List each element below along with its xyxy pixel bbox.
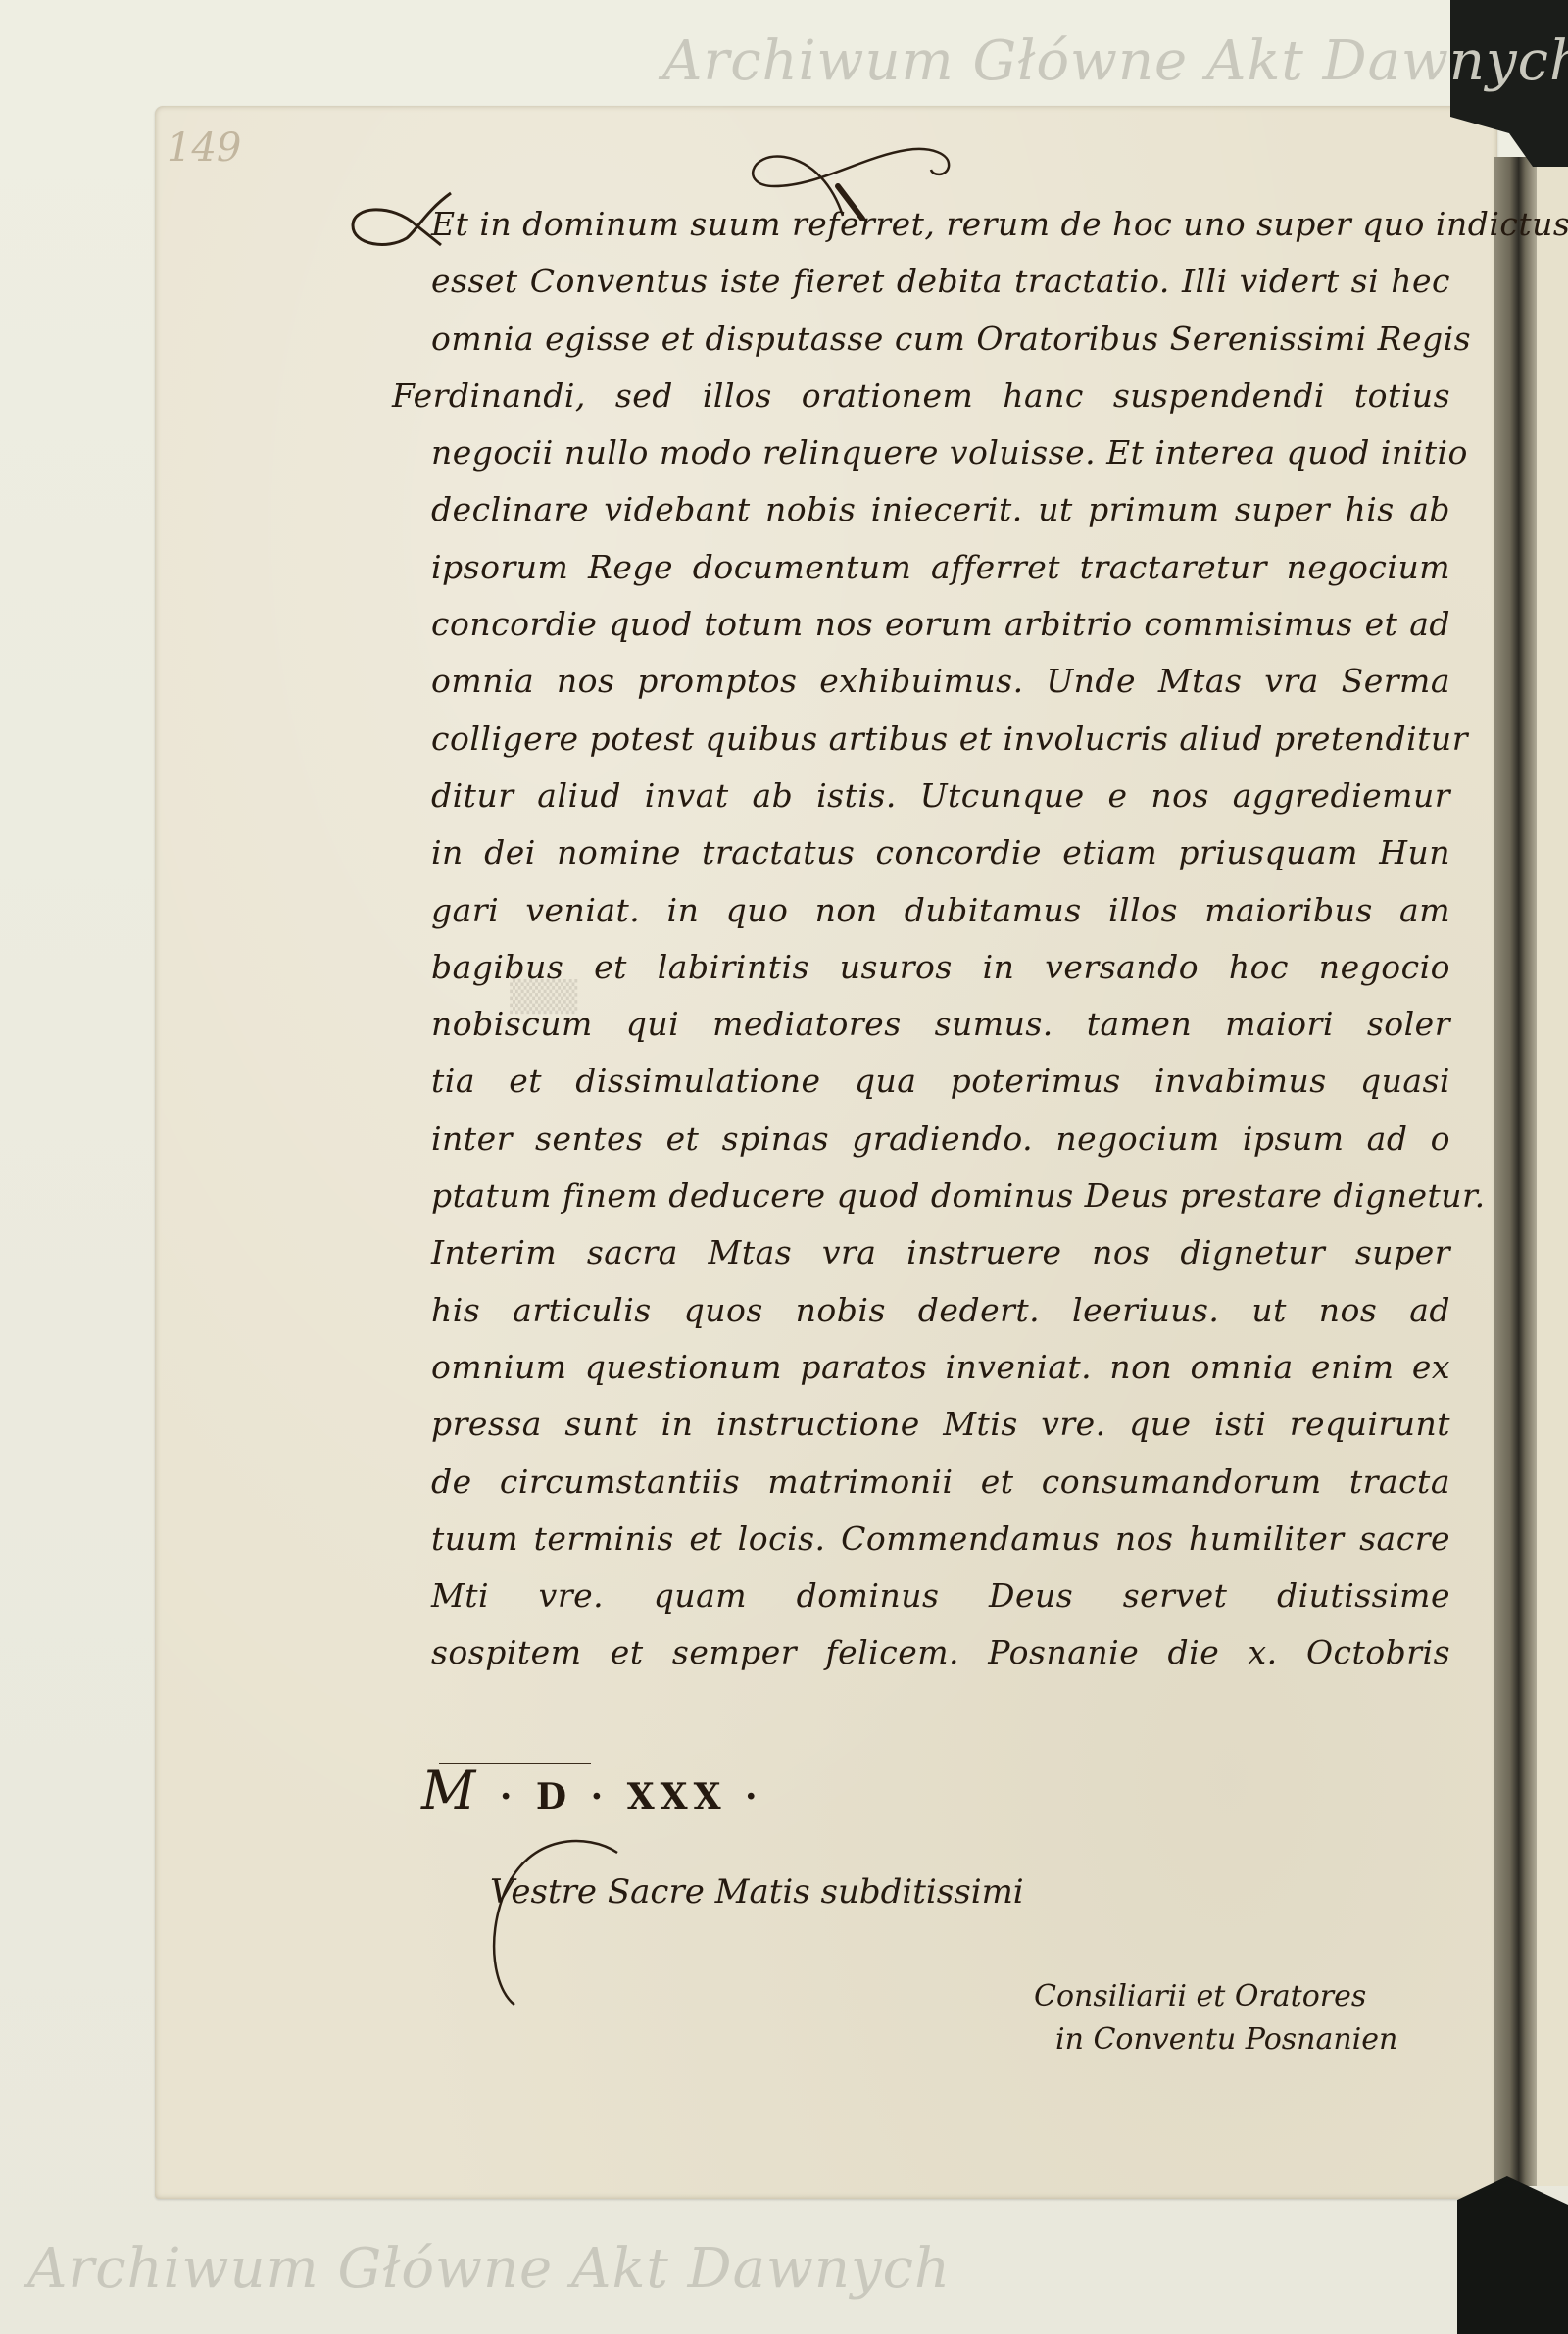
closing-formula: Vestre Sacre Matis subditissimi bbox=[490, 1872, 1024, 1912]
text-line: nobiscum qui mediatores sumus. tamen mai… bbox=[431, 996, 1450, 1053]
watermark-text: Archiwum Główne Akt Dawnych bbox=[27, 2237, 951, 2301]
text-line: in dei nomine tractatus concordie etiam … bbox=[431, 824, 1450, 881]
text-line: omnium questionum paratos inveniat. non … bbox=[431, 1339, 1450, 1396]
text-line: bagibus et labirintis usuros in versando… bbox=[431, 939, 1450, 996]
text-line: Ferdinandi, sed illos orationem hanc sus… bbox=[392, 368, 1450, 424]
text-line: ditur aliud invat ab istis. Utcunque e n… bbox=[431, 768, 1450, 824]
closing-flourish-icon bbox=[470, 1813, 647, 2010]
text-line: Mti vre. quam dominus Deus servet diutis… bbox=[431, 1567, 1450, 1624]
text-line: ptatum finem deducere quod dominus Deus … bbox=[431, 1167, 1450, 1224]
folio-number: 149 bbox=[167, 125, 241, 171]
date-m: M bbox=[421, 1760, 481, 1821]
text-line: omnia egisse et disputasse cum Oratoribu… bbox=[431, 311, 1450, 368]
text-line: declinare videbant nobis iniecerit. ut p… bbox=[431, 481, 1450, 538]
text-line: pressa sunt in instructione Mtis vre. qu… bbox=[431, 1396, 1450, 1453]
signature-line-2: in Conventu Posnanien bbox=[1034, 2018, 1397, 2061]
text-line: omnia nos promptos exhibuimus. Unde Mtas… bbox=[431, 653, 1450, 710]
facing-page-edge bbox=[1537, 147, 1568, 2186]
text-line: his articulis quos nobis dedert. leeriuu… bbox=[431, 1282, 1450, 1339]
text-line: tuum terminis et locis. Commendamus nos … bbox=[431, 1511, 1450, 1567]
text-line: colligere potest quibus artibus et invol… bbox=[431, 711, 1450, 768]
signature-block: Consiliarii et Oratores in Conventu Posn… bbox=[1034, 1975, 1397, 2061]
date-roman-numerals: M · D · XXX · bbox=[421, 1760, 763, 1821]
text-line: esset Conventus iste fieret debita tract… bbox=[431, 253, 1450, 310]
text-line: ipsorum Rege documentum afferret tractar… bbox=[431, 539, 1450, 596]
text-line: inter sentes et spinas gradiendo. negoci… bbox=[431, 1111, 1450, 1167]
text-line: concordie quod totum nos eorum arbitrio … bbox=[431, 596, 1450, 653]
text-line: Et in dominum suum referret, rerum de ho… bbox=[431, 196, 1450, 253]
date-rest: · D · XXX · bbox=[500, 1776, 763, 1817]
text-line: de circumstantiis matrimonii et consuman… bbox=[431, 1454, 1450, 1511]
text-line: sospitem et semper felicem. Posnanie die… bbox=[431, 1624, 1450, 1681]
text-line: gari veniat. in quo non dubitamus illos … bbox=[431, 882, 1450, 939]
archive-watermark-bottom: Archiwum Główne Akt Dawnych bbox=[27, 2237, 951, 2301]
text-line: negocii nullo modo relinquere voluisse. … bbox=[431, 424, 1450, 481]
archive-watermark-top: Archiwum Główne Akt Dawnych bbox=[662, 29, 1568, 93]
binding-strip-bottom bbox=[1457, 2176, 1568, 2334]
watermark-text: Archiwum Główne Akt Dawnych bbox=[662, 29, 1568, 93]
manuscript-text: Et in dominum suum referret, rerum de ho… bbox=[431, 196, 1450, 1682]
text-line: Interim sacra Mtas vra instruere nos dig… bbox=[431, 1224, 1450, 1281]
book-gutter bbox=[1494, 157, 1539, 2186]
signature-line-1: Consiliarii et Oratores bbox=[1034, 1975, 1397, 2018]
text-line: tia et dissimulatione qua poterimus inva… bbox=[431, 1053, 1450, 1110]
